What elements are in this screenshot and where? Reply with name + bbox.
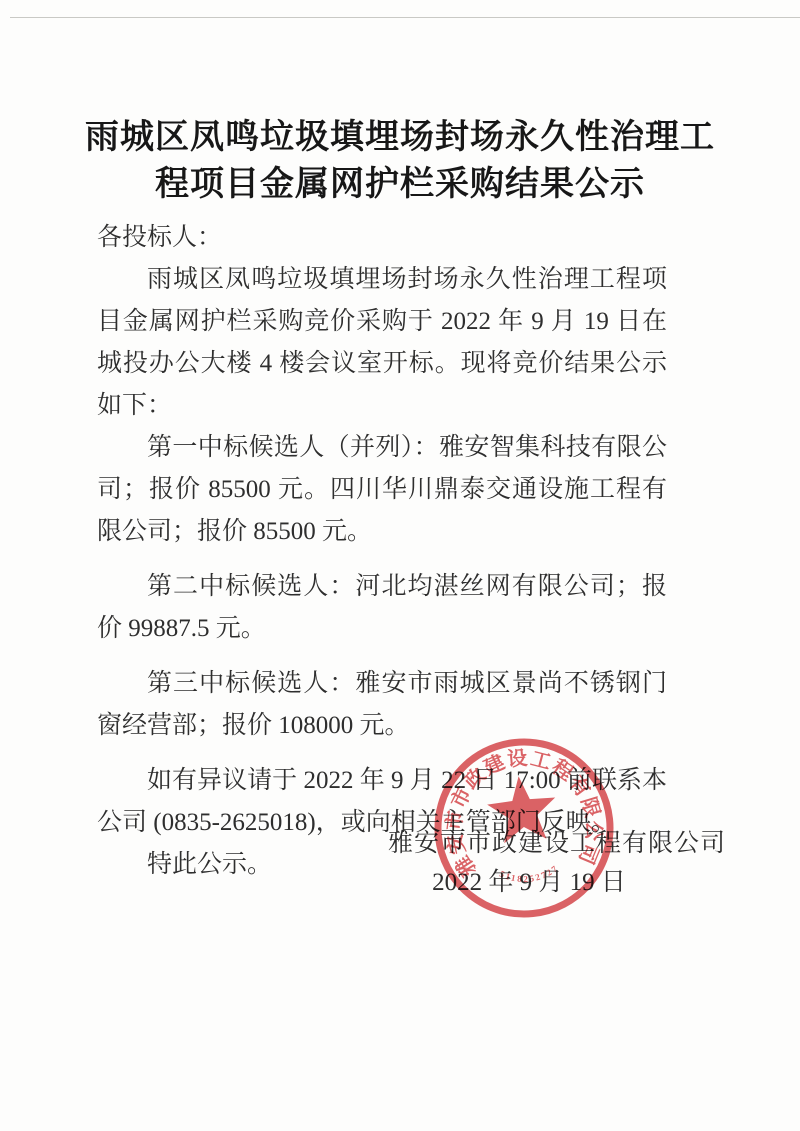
svg-text:5118252727: 5118252727 <box>497 862 562 887</box>
seal-star-icon <box>485 773 560 845</box>
title-line-2: 程项目金属网护栏采购结果公示 <box>80 161 720 208</box>
scan-edge-line <box>10 17 800 18</box>
company-seal: 雅安市市政建设工程有限公司 5118252727 <box>428 732 620 924</box>
paragraph-second-candidate: 第二中标候选人：河北均湛丝网有限公司；报价 99887.5 元。 <box>97 566 667 650</box>
salutation: 各投标人： <box>97 217 667 259</box>
document-page: 雨城区凤鸣垃圾填埋场封场永久性治理工 程项目金属网护栏采购结果公示 各投标人： … <box>0 0 800 1131</box>
document-title: 雨城区凤鸣垃圾填埋场封场永久性治理工 程项目金属网护栏采购结果公示 <box>80 114 720 208</box>
paragraph-intro: 雨城区凤鸣垃圾填埋场封场永久性治理工程项目金属网护栏采购竞价采购于 2022 年… <box>97 259 667 427</box>
title-line-1: 雨城区凤鸣垃圾填埋场封场永久性治理工 <box>80 114 720 161</box>
paragraph-first-candidate: 第一中标候选人（并列）：雅安智集科技有限公司；报价 85500 元。四川华川鼎泰… <box>97 427 667 553</box>
seal-code-text: 5118252727 <box>497 862 562 887</box>
